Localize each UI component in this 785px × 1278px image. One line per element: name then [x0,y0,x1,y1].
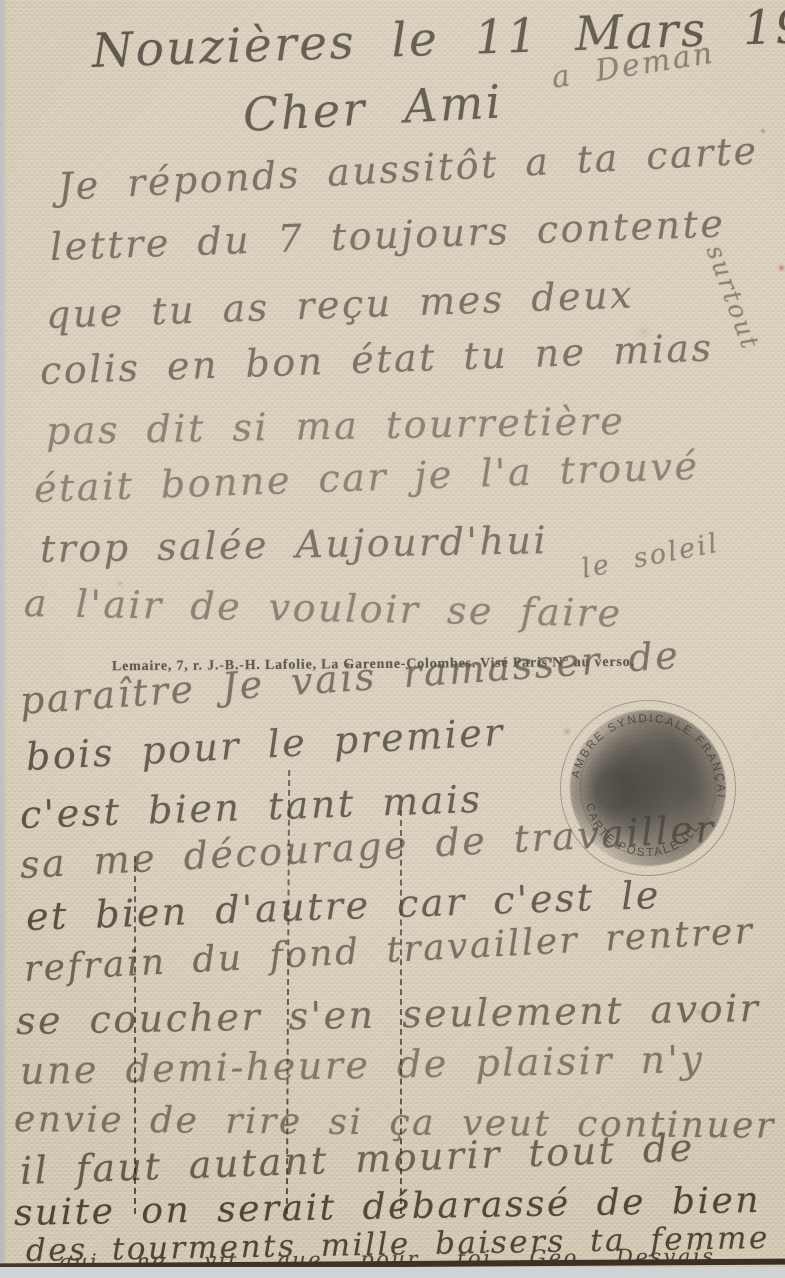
salutation: Cher Ami [242,78,504,138]
handwriting-line: était bonne car je l'a trouvé [33,447,700,508]
fold-line-left [134,856,136,1214]
scan-edge-left [0,0,6,1278]
scan-edge-bottom [0,1267,785,1278]
handwriting-line: une demi-heure de plaisir n'y [20,1040,705,1090]
svg-text:CARTE POSTALE ILL.: CARTE POSTALE ILL. [577,801,707,868]
stamp-arc-top-text: CHAMBRE SYNDICALE FRANÇAISE [553,677,740,801]
handwriting-line: pas dit si ma tourretière [46,402,626,450]
handwriting-line: bois pour le premier [25,713,506,776]
svg-text:CHAMBRE SYNDICALE FRANÇAISE: CHAMBRE SYNDICALE FRANÇAISE [553,677,740,801]
postcard-scan: Nouzières le 11 Mars 1916 a Deman Cher A… [0,0,785,1278]
stamp-ring-text: CHAMBRE SYNDICALE FRANÇAISE CARTE POSTAL… [546,686,749,889]
handwriting-line: que tu as reçu mes deux [45,275,634,334]
inserted-phrase: le soleil [579,530,721,583]
handwriting-line: lettre du 7 toujours contente [49,204,726,266]
handwriting-line: a l'air de vouloir se faire [24,584,623,632]
fold-line-right [400,810,402,1214]
stamp-arc-bottom-text: CARTE POSTALE ILL. [577,801,707,868]
handwriting-line: Je réponds aussitôt a ta carte [57,131,759,206]
censor-stamp: CHAMBRE SYNDICALE FRANÇAISE CARTE POSTAL… [546,686,749,889]
handwriting-line: colis en bon état tu ne mias [39,328,714,389]
stain-spot [760,128,766,134]
handwriting-line: trop salée Aujourd'hui [40,521,549,568]
handwriting-line: se coucher s'en seulement avoir [16,989,761,1040]
stain-spot [778,264,785,272]
